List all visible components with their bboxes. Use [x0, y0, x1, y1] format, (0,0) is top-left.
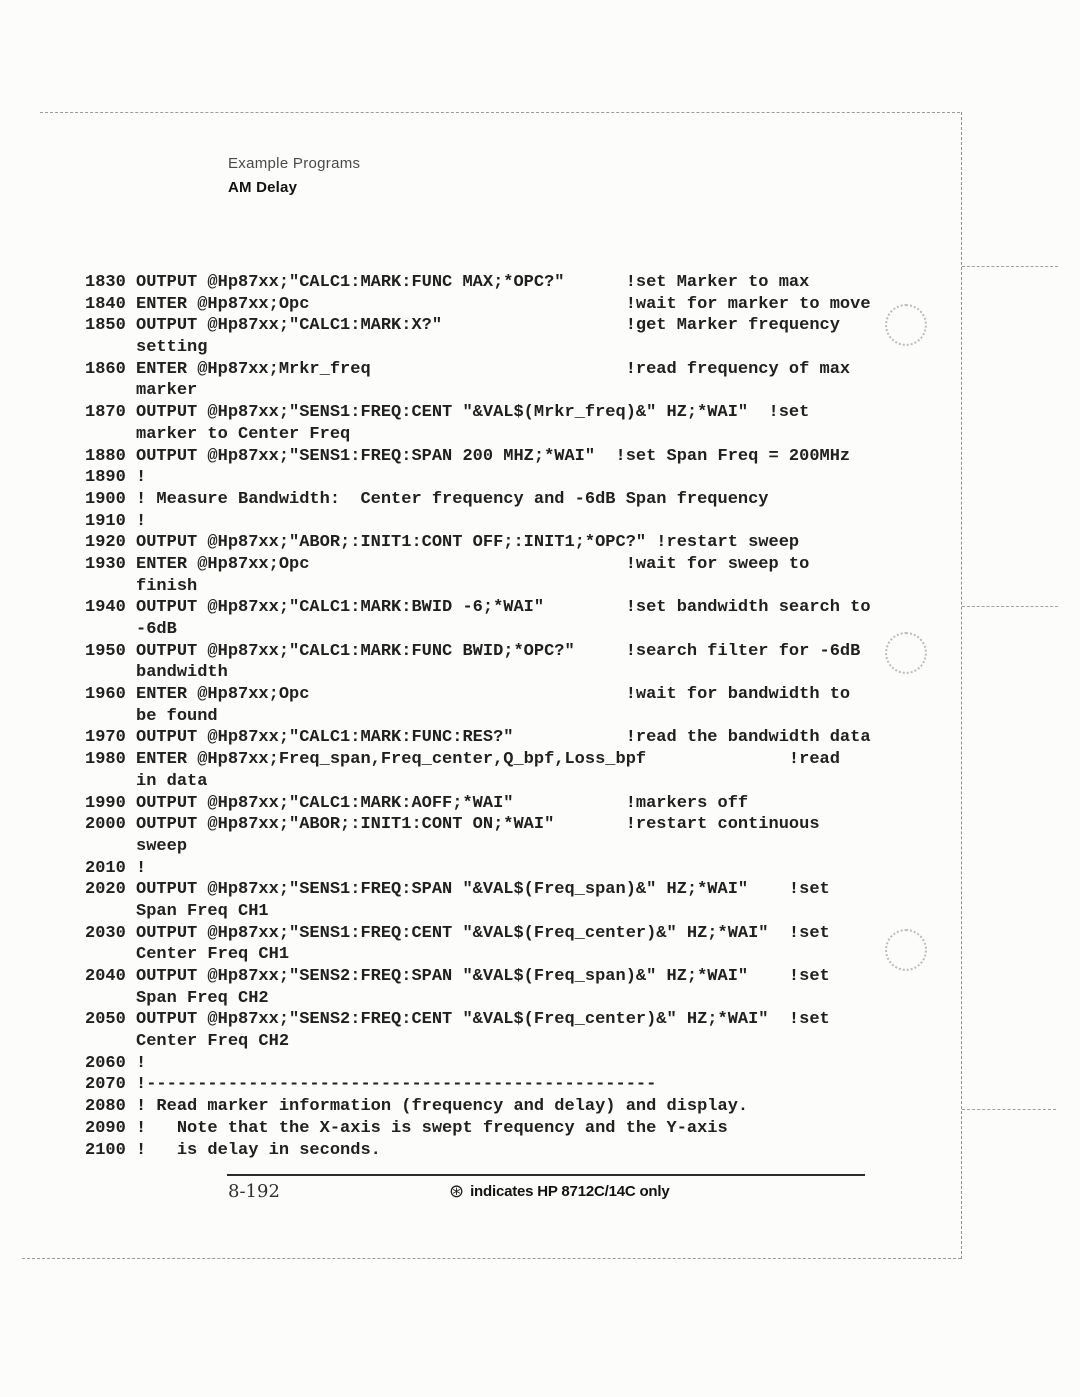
code-listing: 1830 OUTPUT @Hp87xx;"CALC1:MARK:FUNC MAX… — [85, 272, 871, 1161]
binder-hole-3 — [885, 929, 927, 971]
scan-tick-3 — [962, 1109, 1056, 1110]
binder-hole-1 — [885, 304, 927, 346]
code-line: 2090 ! Note that the X-axis is swept fre… — [85, 1118, 871, 1140]
code-line: marker — [85, 380, 871, 402]
section-eyebrow: Example Programs — [228, 155, 360, 172]
code-line: be found — [85, 706, 871, 728]
code-line: 1990 OUTPUT @Hp87xx;"CALC1:MARK:AOFF;*WA… — [85, 793, 871, 815]
code-line: finish — [85, 576, 871, 598]
code-line: -6dB — [85, 619, 871, 641]
code-line: Center Freq CH2 — [85, 1031, 871, 1053]
code-line: 2100 ! is delay in seconds. — [85, 1140, 871, 1162]
code-line: marker to Center Freq — [85, 424, 871, 446]
code-line: 1920 OUTPUT @Hp87xx;"ABOR;:INIT1:CONT OF… — [85, 532, 871, 554]
code-line: sweep — [85, 836, 871, 858]
code-line: 1930 ENTER @Hp87xx;Opc !wait for sweep t… — [85, 554, 871, 576]
code-line: 2040 OUTPUT @Hp87xx;"SENS2:FREQ:SPAN "&V… — [85, 966, 871, 988]
code-line: 1890 ! — [85, 467, 871, 489]
circled-asterisk-icon: ⊛ — [449, 1182, 464, 1200]
scan-tick-2 — [962, 606, 1058, 607]
code-line: 2020 OUTPUT @Hp87xx;"SENS1:FREQ:SPAN "&V… — [85, 879, 871, 901]
code-line: bandwidth — [85, 662, 871, 684]
page-title: AM Delay — [228, 179, 360, 196]
page-number: 8-192 — [228, 1181, 280, 1202]
manual-page-scan: Example Programs AM Delay 1830 OUTPUT @H… — [0, 0, 1080, 1397]
code-line: 2080 ! Read marker information (frequenc… — [85, 1096, 871, 1118]
code-line: 1970 OUTPUT @Hp87xx;"CALC1:MARK:FUNC:RES… — [85, 727, 871, 749]
code-line: 1980 ENTER @Hp87xx;Freq_span,Freq_center… — [85, 749, 871, 771]
code-line: 2070 !----------------------------------… — [85, 1074, 871, 1096]
scan-border-top — [40, 112, 960, 113]
code-line: 1830 OUTPUT @Hp87xx;"CALC1:MARK:FUNC MAX… — [85, 272, 871, 294]
code-line: in data — [85, 771, 871, 793]
code-line: 2060 ! — [85, 1053, 871, 1075]
code-line: Span Freq CH2 — [85, 988, 871, 1010]
code-line: 2010 ! — [85, 858, 871, 880]
binder-hole-2 — [885, 632, 927, 674]
code-line: 1880 OUTPUT @Hp87xx;"SENS1:FREQ:SPAN 200… — [85, 446, 871, 468]
code-line: 1840 ENTER @Hp87xx;Opc !wait for marker … — [85, 294, 871, 316]
code-line: 1850 OUTPUT @Hp87xx;"CALC1:MARK:X?" !get… — [85, 315, 871, 337]
code-line: Center Freq CH1 — [85, 944, 871, 966]
code-line: 1960 ENTER @Hp87xx;Opc !wait for bandwid… — [85, 684, 871, 706]
footer-divider — [227, 1174, 865, 1176]
code-line: 1900 ! Measure Bandwidth: Center frequen… — [85, 489, 871, 511]
hp-model-footnote: ⊛ indicates HP 8712C/14C only — [449, 1182, 670, 1200]
code-line: 2030 OUTPUT @Hp87xx;"SENS1:FREQ:CENT "&V… — [85, 923, 871, 945]
scan-border-bottom — [22, 1258, 961, 1259]
code-line: setting — [85, 337, 871, 359]
code-line: 1940 OUTPUT @Hp87xx;"CALC1:MARK:BWID -6;… — [85, 597, 871, 619]
code-line: 2000 OUTPUT @Hp87xx;"ABOR;:INIT1:CONT ON… — [85, 814, 871, 836]
footnote-text: indicates HP 8712C/14C only — [470, 1183, 669, 1200]
code-line: 1870 OUTPUT @Hp87xx;"SENS1:FREQ:CENT "&V… — [85, 402, 871, 424]
code-line: 2050 OUTPUT @Hp87xx;"SENS2:FREQ:CENT "&V… — [85, 1009, 871, 1031]
code-line: 1950 OUTPUT @Hp87xx;"CALC1:MARK:FUNC BWI… — [85, 641, 871, 663]
scan-border-right — [961, 112, 962, 1259]
page-header: Example Programs AM Delay — [228, 155, 360, 196]
code-line: 1910 ! — [85, 511, 871, 533]
code-line: 1860 ENTER @Hp87xx;Mrkr_freq !read frequ… — [85, 359, 871, 381]
code-line: Span Freq CH1 — [85, 901, 871, 923]
scan-tick-1 — [962, 266, 1058, 267]
